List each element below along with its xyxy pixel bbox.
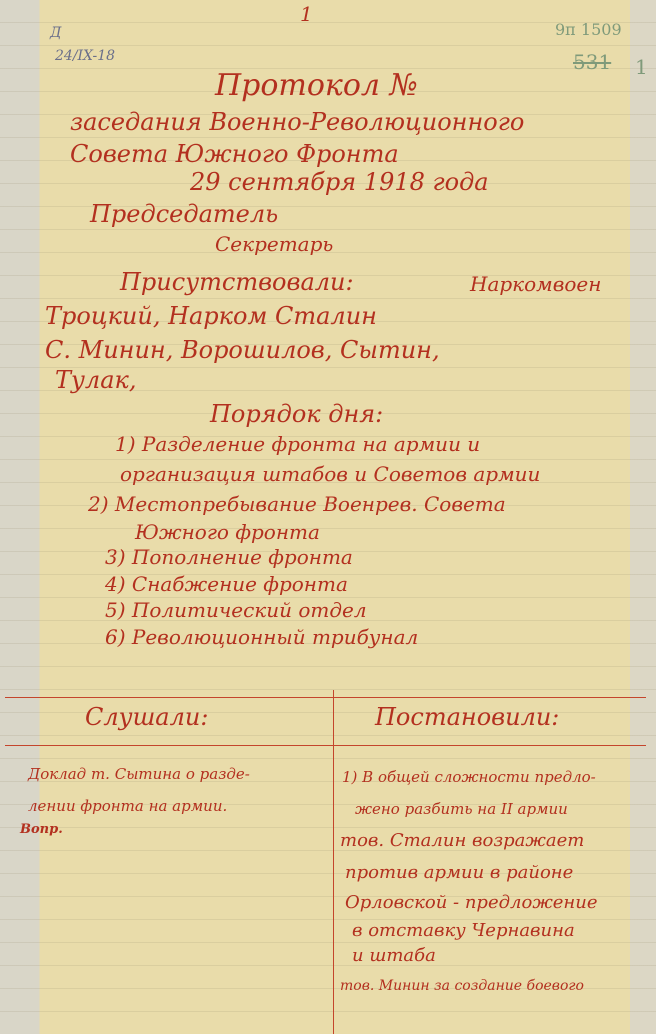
present-label: Присутствовали: bbox=[120, 268, 354, 296]
present-line2: Троцкий, Нарком Сталин bbox=[45, 302, 377, 330]
column-divider bbox=[333, 690, 334, 1034]
agenda-item: 1) Разделение фронта на армии и bbox=[115, 432, 480, 456]
subtitle-line1: заседания Военно-Революционного bbox=[70, 108, 524, 136]
agenda-item: 3) Пополнение фронта bbox=[105, 545, 353, 569]
archive-mark-left: Д bbox=[50, 25, 61, 41]
document-date: 29 сентября 1918 года bbox=[190, 168, 489, 196]
resolved-line: тов. Минин за создание боевого bbox=[340, 978, 584, 994]
archive-date: 24/IX-18 bbox=[55, 48, 115, 64]
resolved-line: и штаба bbox=[352, 945, 436, 966]
heard-line: лении фронта на армии. bbox=[28, 797, 227, 815]
archive-crossed-number: 531 bbox=[573, 50, 611, 74]
agenda-title: Порядок дня: bbox=[210, 400, 383, 428]
subtitle-line2: Совета Южного Фронта bbox=[70, 140, 399, 168]
resolved-line: против армии в районе bbox=[345, 862, 573, 883]
agenda-item: Южного фронта bbox=[135, 520, 320, 544]
archive-mark-right: 9п 1509 bbox=[555, 20, 622, 39]
present-line3: С. Минин, Ворошилов, Сытин, bbox=[45, 336, 440, 364]
agenda-item: организация штабов и Советов армии bbox=[120, 462, 540, 486]
archive-sheet-number: 1 bbox=[635, 55, 648, 79]
secretary-label: Секретарь bbox=[215, 232, 333, 256]
present-line4: Тулак, bbox=[55, 366, 136, 394]
heard-header: Слушали: bbox=[85, 703, 208, 731]
document-page: 1 Д 24/IX-18 9п 1509 531 1 Протокол № за… bbox=[0, 0, 656, 1034]
resolved-line: жено разбить на II армии bbox=[355, 800, 568, 818]
table-header-rule bbox=[5, 745, 646, 746]
resolved-header: Постановили: bbox=[375, 703, 559, 731]
agenda-item: 6) Революционный трибунал bbox=[105, 625, 418, 649]
page-number: 1 bbox=[300, 2, 313, 26]
resolved-line: 1) В общей сложности предло- bbox=[342, 768, 596, 786]
document-title: Протокол № bbox=[215, 68, 418, 103]
agenda-item: 2) Местопребывание Военрев. Совета bbox=[88, 492, 506, 516]
agenda-item: 5) Политический отдел bbox=[105, 598, 367, 622]
resolved-line: в отставку Чернавина bbox=[352, 920, 575, 941]
table-top-rule bbox=[5, 697, 646, 698]
heard-note: Вопр. bbox=[20, 822, 63, 837]
heard-line: Доклад т. Сытина о разде- bbox=[28, 765, 250, 783]
resolved-line: тов. Сталин возражает bbox=[340, 830, 584, 851]
present-line1: Наркомвоен bbox=[470, 272, 601, 296]
chairman-label: Председатель bbox=[90, 200, 278, 228]
agenda-item: 4) Снабжение фронта bbox=[105, 572, 348, 596]
resolved-line: Орловской - предложение bbox=[345, 892, 598, 913]
